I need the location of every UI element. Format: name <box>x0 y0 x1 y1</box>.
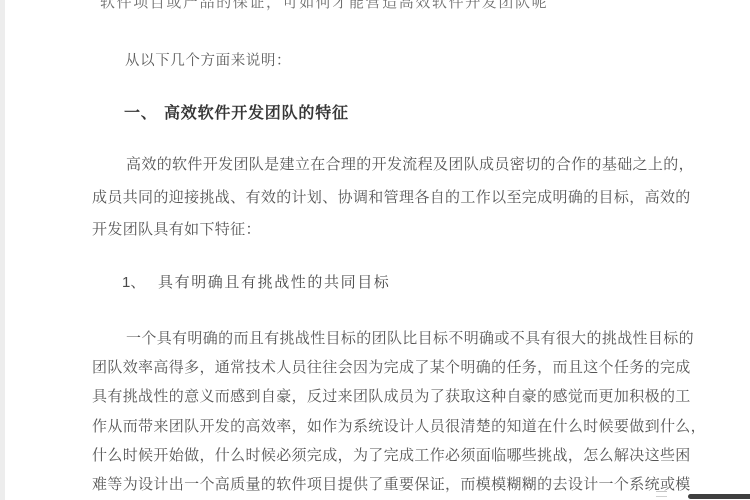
list-item-heading: 1、具有明确且有挑战性的共同目标 <box>122 271 390 292</box>
scrollbar-track-mark <box>656 491 667 497</box>
intro-line: 从以下几个方面来说明： <box>125 49 291 70</box>
document-content: 软件项目或产品的保证，可如何才能营造高效软件开发团队呢 从以下几个方面来说明： … <box>0 0 750 500</box>
horizontal-scrollbar-thumb[interactable] <box>688 494 750 499</box>
paragraph2-line: 难等为设计出一个高质量的软件项目提供了重要保证，而模模糊糊的去设计一个系统或模 <box>92 476 691 494</box>
document-page: { "page": { "background_color": "#ffffff… <box>0 0 750 500</box>
paragraph2-line: 团队效率高得多，通常技术人员往往会因为完成了某个明确的任务，而且这个任务的完成 <box>92 359 691 377</box>
paragraph2-line: 什么时候开始做，什么时候必须完成，为了完成工作必须面临哪些挑战，怎么解决这些困 <box>92 447 691 465</box>
clipped-paragraph-line: 软件项目或产品的保证，可如何才能营造高效软件开发团队呢 <box>100 0 548 12</box>
list-item-number: 1、 <box>122 271 158 292</box>
paragraph2-line: 具有挑战性的意义而感到自豪，反过来团队成员为了获取这种自豪的感觉而更加积极的工 <box>92 388 691 406</box>
section-title: 高效软件开发团队的特征 <box>164 105 349 122</box>
paragraph1-line: 高效的软件开发团队是建立在合理的开发流程及团队成员密切的合作的基础之上的， <box>126 156 694 174</box>
paragraph2-line: 作从而带来团队开发的高效率，如作为系统设计人员很清楚的知道在什么时候要做到什么， <box>92 418 706 436</box>
section-number: 一、 <box>124 100 164 123</box>
list-item-title: 具有明确且有挑战性的共同目标 <box>158 274 390 291</box>
paragraph2-line: 一个具有明确的而且有挑战性目标的团队比目标不明确或不具有很大的挑战性目标的 <box>126 330 694 348</box>
paragraph1-line: 成员共同的迎接挑战、有效的计划、协调和管理各自的工作以至完成明确的目标，高效的 <box>92 189 691 207</box>
paragraph1-line: 开发团队具有如下特征： <box>92 221 261 239</box>
section-heading: 一、高效软件开发团队的特征 <box>124 100 349 123</box>
